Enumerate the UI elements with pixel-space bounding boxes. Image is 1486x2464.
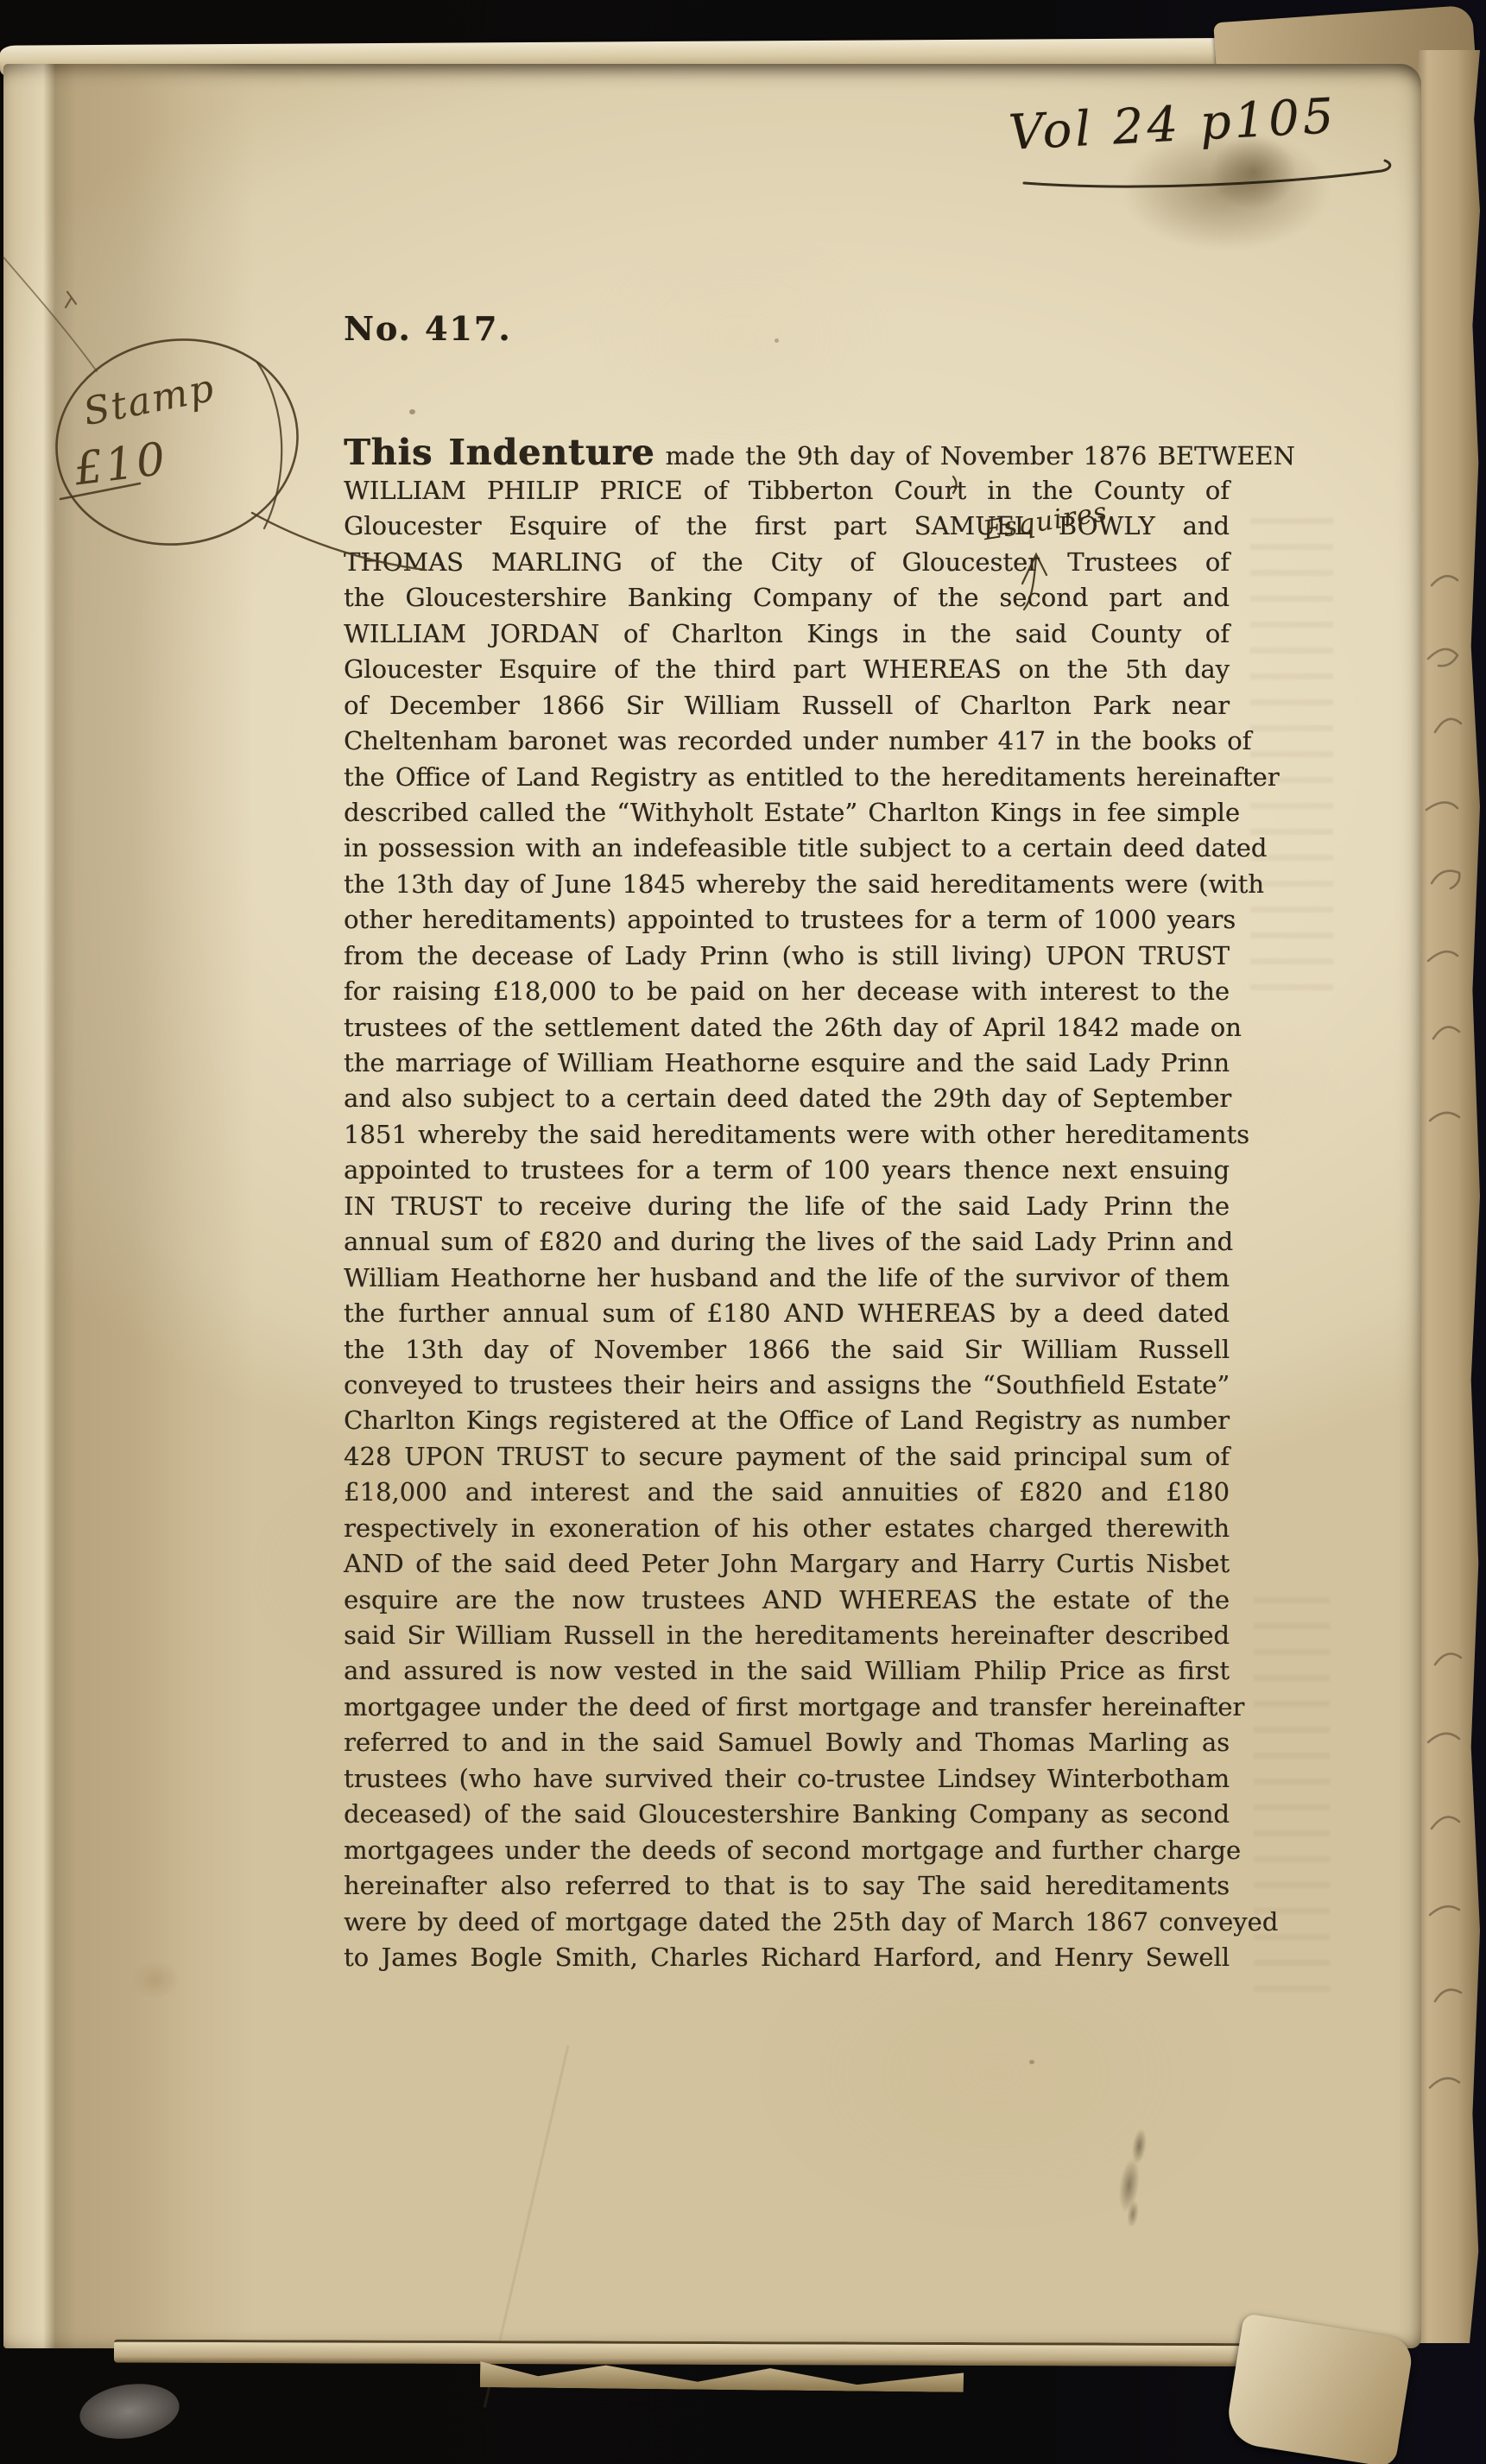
document-line: conveyed to trustees their heirs and ass…	[344, 1368, 1230, 1403]
foxing-spot	[775, 338, 779, 343]
document-line: referred to and in the said Samuel Bowly…	[344, 1725, 1230, 1760]
page-corner-bottom-right	[1224, 2313, 1414, 2464]
document-line: the further annual sum of £180 AND WHERE…	[344, 1296, 1230, 1331]
document-line: mortgagees under the deeds of second mor…	[344, 1833, 1230, 1868]
document-line: THOMAS MARLING of the City of Gloucester…	[344, 545, 1230, 580]
document-line: mortgagee under the deed of first mortga…	[344, 1690, 1230, 1725]
document-line: of December 1866 Sir William Russell of …	[344, 688, 1230, 723]
foxing-spot	[409, 409, 415, 414]
document-line-opening: This Indenture made the 9th day of Novem…	[344, 432, 1230, 473]
document-line: said Sir William Russell in the heredita…	[344, 1618, 1230, 1653]
document-line: WILLIAM JORDAN of Charlton Kings in the …	[344, 616, 1230, 652]
book-scan-background: Vol 24 p105 Stamp £10 Esquires No. 417. …	[0, 0, 1486, 2464]
document-line: were by deed of mortgage dated the 25th …	[344, 1905, 1230, 1940]
document-line: WILLIAM PHILIP PRICE of Tibberton Court …	[344, 473, 1230, 509]
opening-line-rest: made the 9th day of November 1876 BETWEE…	[654, 441, 1295, 471]
document-line: Gloucester Esquire of the first part SAM…	[344, 509, 1230, 544]
document-line: in possession with an indefeasible title…	[344, 831, 1230, 866]
document-line: £18,000 and interest and the said annuit…	[344, 1475, 1230, 1510]
document-line: hereinafter also referred to that is to …	[344, 1868, 1230, 1904]
document-line: Charlton Kings registered at the Office …	[344, 1403, 1230, 1438]
document-line: the Gloucestershire Banking Company of t…	[344, 580, 1230, 616]
document-line: and assured is now vested in the said Wi…	[344, 1653, 1230, 1689]
document-line: esquire are the now trustees AND WHEREAS…	[344, 1583, 1230, 1618]
document-line: 1851 whereby the said hereditaments were…	[344, 1117, 1230, 1153]
document-line: the Office of Land Registry as entitled …	[344, 760, 1230, 795]
document-line: 428 UPON TRUST to secure payment of the …	[344, 1439, 1230, 1475]
document-line: trustees of the settlement dated the 26t…	[344, 1010, 1230, 1046]
document-line: to James Bogle Smith, Charles Richard Ha…	[344, 1940, 1230, 1975]
foxing-spot	[1029, 2060, 1034, 2064]
ink-smudge	[1103, 2123, 1162, 2228]
document-line: trustees (who have survived their co-tru…	[344, 1761, 1230, 1797]
document-line: other hereditaments) appointed to truste…	[344, 902, 1230, 938]
document-line: William Heathorne her husband and the li…	[344, 1260, 1230, 1296]
document-line: Gloucester Esquire of the third part WHE…	[344, 652, 1230, 687]
document-line: described called the “Withyholt Estate” …	[344, 795, 1230, 831]
page-bottom-edge	[114, 2340, 1316, 2367]
opening-words: This Indenture	[344, 432, 654, 473]
document-line: Cheltenham baronet was recorded under nu…	[344, 723, 1230, 759]
document-line: and also subject to a certain deed dated…	[344, 1081, 1230, 1116]
document-line: the 13th day of November 1866 the said S…	[344, 1332, 1230, 1368]
document-line: IN TRUST to receive during the life of t…	[344, 1189, 1230, 1224]
document-number: No. 417.	[344, 309, 511, 348]
document-line: deceased) of the said Gloucestershire Ba…	[344, 1797, 1230, 1832]
document-line: the 13th day of June 1845 whereby the sa…	[344, 867, 1230, 902]
document-line: the marriage of William Heathorne esquir…	[344, 1046, 1230, 1081]
document-line: appointed to trustees for a term of 100 …	[344, 1153, 1230, 1188]
document-line: annual sum of £820 and during the lives …	[344, 1224, 1230, 1260]
foxing-spot	[131, 1960, 180, 2000]
page-edge-fragment	[480, 2361, 964, 2392]
document-line: from the decease of Lady Prinn (who is s…	[344, 938, 1230, 974]
document-line: AND of the said deed Peter John Margary …	[344, 1546, 1230, 1582]
document-body: This Indenture made the 9th day of Novem…	[344, 432, 1230, 1975]
page-edge-spot	[76, 2378, 182, 2445]
document-line: respectively in exoneration of his other…	[344, 1511, 1230, 1546]
document-line: for raising £18,000 to be paid on her de…	[344, 974, 1230, 1009]
